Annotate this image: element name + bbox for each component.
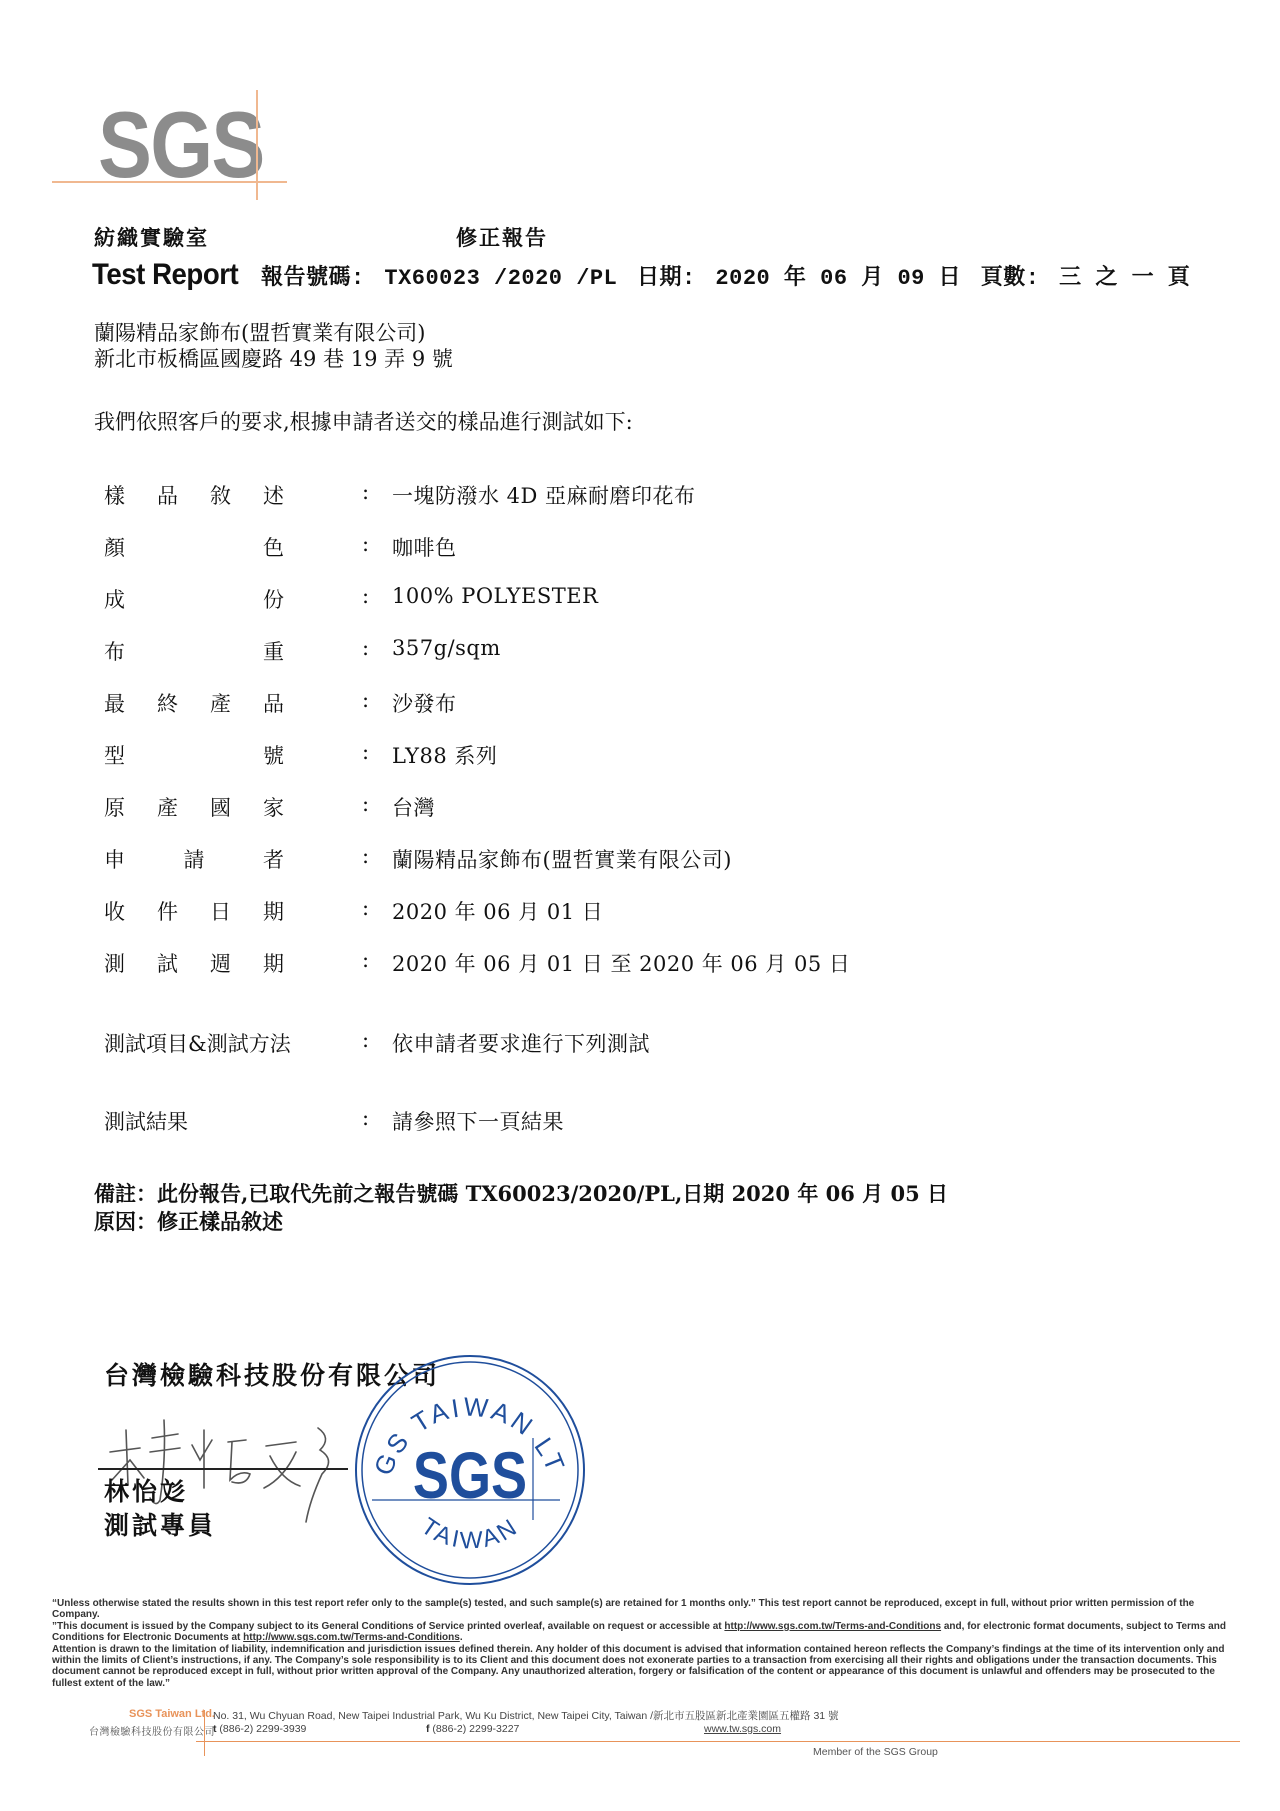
field-label-char: 型: [104, 740, 125, 770]
footer-fax: f (886-2) 2299-3227: [426, 1723, 519, 1735]
sgs-taiwan-stamp: SGS TAIWAN LTD SGS TAIWAN: [350, 1350, 590, 1590]
field-label-char: 國: [210, 792, 231, 822]
sgs-logo-text: SGS: [98, 98, 264, 192]
field-colon: :: [362, 740, 369, 764]
field-row: 布重:357g/sqm: [104, 636, 284, 666]
stamp-bottom-text: TAIWAN: [416, 1513, 524, 1555]
field-label-char: 者: [263, 844, 284, 874]
field-colon: :: [362, 584, 369, 608]
field-label-char: 申: [104, 844, 125, 874]
footer-company-cn: 台灣檢驗科技股份有限公司: [89, 1723, 215, 1738]
signer-title: 測試專員: [104, 1509, 216, 1543]
field-label-char: 家: [263, 792, 284, 822]
field-label-char: 請: [184, 844, 205, 874]
pages-label: 頁數:: [981, 266, 1040, 291]
field-colon: :: [362, 896, 369, 920]
field-label: 申請者: [104, 844, 284, 874]
field-colon: :: [362, 636, 369, 660]
disclaimer-conditions: ”This document is issued by the Company …: [52, 1621, 1232, 1644]
test-results-row: 測試結果:請參照下一頁結果: [104, 1106, 188, 1136]
field-colon: :: [362, 844, 369, 868]
report-header-row: Test Report 報告號碼: TX60023 /2020 /PL 日期: …: [92, 258, 1196, 292]
field-value: 台灣: [392, 792, 435, 822]
phone-prefix: t: [213, 1723, 217, 1735]
field-label-char: 日: [210, 896, 231, 926]
test-items-row: 測試項目&測試方法:依申請者要求進行下列測試: [104, 1028, 291, 1058]
client-name: 蘭陽精品家飾布(盟哲實業有限公司): [94, 320, 453, 346]
footer-website-link[interactable]: www.tw.sgs.com: [704, 1723, 781, 1735]
test-items-value: 依申請者要求進行下列測試: [392, 1028, 650, 1058]
field-label-char: 試: [157, 948, 178, 978]
field-row: 原產國家:台灣: [104, 792, 284, 822]
field-label-char: 收: [104, 896, 125, 926]
field-label-char: 測: [104, 948, 125, 978]
field-label-char: 成: [104, 584, 125, 614]
field-label: 測試週期: [104, 948, 284, 978]
field-value: 2020 年 06 月 01 日: [392, 896, 603, 926]
stamp-center-text: SGS: [413, 1438, 527, 1512]
field-label-char: 最: [104, 688, 125, 718]
field-colon: :: [362, 948, 369, 972]
sgs-logo: SGS: [52, 90, 292, 200]
footer-address: No. 31, Wu Chyuan Road, New Taipei Indus…: [213, 1708, 839, 1723]
field-colon: :: [362, 532, 369, 556]
field-label-char: 原: [104, 792, 125, 822]
remark-note: 備註：此份報告,已取代先前之報告號碼 TX60023/2020/PL,日期 20…: [94, 1180, 948, 1208]
field-colon: :: [362, 1106, 369, 1130]
field-label: 樣品敘述: [104, 480, 284, 510]
conditions-end: .: [460, 1632, 463, 1643]
remark-block: 備註：此份報告,已取代先前之報告號碼 TX60023/2020/PL,日期 20…: [94, 1180, 948, 1236]
svg-text:TAIWAN: TAIWAN: [416, 1513, 524, 1555]
footer-divider-vertical: [204, 1710, 205, 1756]
field-label-char: 樣: [104, 480, 125, 510]
field-colon: :: [362, 688, 369, 712]
field-label-char: 產: [157, 792, 178, 822]
field-label-char: 號: [263, 740, 284, 770]
field-value: 100% POLYESTER: [392, 584, 598, 608]
test-results-value: 請參照下一頁結果: [392, 1106, 564, 1136]
field-label: 顏色: [104, 532, 284, 562]
field-value: LY88 系列: [392, 740, 497, 770]
lab-name: 紡織實驗室: [94, 222, 209, 252]
field-label-char: 敘: [210, 480, 231, 510]
field-value: 一塊防潑水 4D 亞麻耐磨印花布: [392, 480, 696, 510]
report-title: Test Report: [92, 258, 238, 292]
field-row: 收件日期:2020 年 06 月 01 日: [104, 896, 284, 926]
footer-member: Member of the SGS Group: [813, 1746, 938, 1758]
signature-line: [98, 1468, 348, 1470]
report-no: TX60023 /2020 /PL: [384, 266, 617, 291]
field-value: 咖啡色: [392, 532, 457, 562]
signer-block: 林怡彣 測試專員: [104, 1475, 216, 1543]
field-label-char: 述: [263, 480, 284, 510]
intro-text: 我們依照客戶的要求,根據申請者送交的樣品進行測試如下:: [94, 406, 633, 436]
fax-prefix: f: [426, 1723, 430, 1735]
field-label-char: 終: [157, 688, 178, 718]
field-label-char: 品: [157, 480, 178, 510]
field-row: 申請者:蘭陽精品家飾布(盟哲實業有限公司): [104, 844, 284, 874]
field-label-char: 件: [157, 896, 178, 926]
client-block: 蘭陽精品家飾布(盟哲實業有限公司) 新北市板橋區國慶路 49 巷 19 弄 9 …: [94, 320, 453, 372]
revision-label: 修正報告: [456, 222, 548, 252]
field-label-char: 顏: [104, 532, 125, 562]
fax-number: (886-2) 2299-3227: [432, 1723, 519, 1735]
field-row: 顏色:咖啡色: [104, 532, 284, 562]
field-colon: :: [362, 480, 369, 504]
field-row: 型號:LY88 系列: [104, 740, 284, 770]
page-footer: SGS Taiwan Ltd. 台灣檢驗科技股份有限公司 No. 31, Wu …: [0, 1708, 1280, 1788]
field-label-char: 週: [210, 948, 231, 978]
field-label: 成份: [104, 584, 284, 614]
electronic-terms-link[interactable]: http://www.sgs.com.tw/Terms-and-Conditio…: [243, 1632, 460, 1643]
field-colon: :: [362, 792, 369, 816]
field-label: 收件日期: [104, 896, 284, 926]
signer-name: 林怡彣: [104, 1475, 216, 1509]
field-label: 型號: [104, 740, 284, 770]
field-label-char: 期: [263, 896, 284, 926]
client-address: 新北市板橋區國慶路 49 巷 19 弄 9 號: [94, 346, 453, 372]
field-value: 2020 年 06 月 01 日 至 2020 年 06 月 05 日: [392, 948, 850, 978]
field-label-char: 期: [263, 948, 284, 978]
field-label: 最終產品: [104, 688, 284, 718]
field-label-char: 產: [210, 688, 231, 718]
page-count: 三 之 一 頁: [1059, 266, 1190, 291]
field-label-char: 品: [263, 688, 284, 718]
footer-divider-horizontal: [196, 1741, 1240, 1742]
field-label-char: 布: [104, 636, 125, 666]
disclaimer-liability: Attention is drawn to the limitation of …: [52, 1644, 1232, 1690]
field-row: 樣品敘述:一塊防潑水 4D 亞麻耐磨印花布: [104, 480, 284, 510]
footer-company-en: SGS Taiwan Ltd.: [129, 1708, 215, 1720]
report-date: 2020 年 06 月 09 日: [715, 266, 961, 291]
field-row: 測試週期:2020 年 06 月 01 日 至 2020 年 06 月 05 日: [104, 948, 284, 978]
field-label-char: 份: [263, 584, 284, 614]
logo-vertical-line: [256, 90, 258, 200]
logo-horizontal-line: [52, 181, 287, 183]
field-row: 最終產品:沙發布: [104, 688, 284, 718]
phone-number: (886-2) 2299-3939: [219, 1723, 306, 1735]
field-label: 布重: [104, 636, 284, 666]
field-value: 357g/sqm: [392, 636, 501, 660]
test-items-label: 測試項目&測試方法: [104, 1028, 291, 1058]
date-label: 日期:: [637, 266, 696, 291]
field-label-char: 重: [263, 636, 284, 666]
field-label-char: 色: [263, 532, 284, 562]
field-colon: :: [362, 1028, 369, 1052]
test-results-label: 測試結果: [104, 1106, 188, 1136]
report-no-label: 報告號碼:: [261, 266, 365, 291]
field-label: 原產國家: [104, 792, 284, 822]
conditions-text: ”This document is issued by the Company …: [52, 1621, 724, 1632]
remark-reason: 原因：修正樣品敘述: [94, 1208, 948, 1236]
legal-disclaimer: “Unless otherwise stated the results sho…: [52, 1598, 1232, 1689]
report-meta: 報告號碼: TX60023 /2020 /PL 日期: 2020 年 06 月 …: [261, 260, 1196, 291]
field-row: 成份:100% POLYESTER: [104, 584, 284, 614]
terms-link[interactable]: http://www.sgs.com.tw/Terms-and-Conditio…: [724, 1621, 941, 1632]
field-value: 蘭陽精品家飾布(盟哲實業有限公司): [392, 844, 732, 874]
disclaimer-retention: “Unless otherwise stated the results sho…: [52, 1598, 1232, 1621]
field-value: 沙發布: [392, 688, 457, 718]
footer-phone: t (886-2) 2299-3939: [213, 1723, 306, 1735]
